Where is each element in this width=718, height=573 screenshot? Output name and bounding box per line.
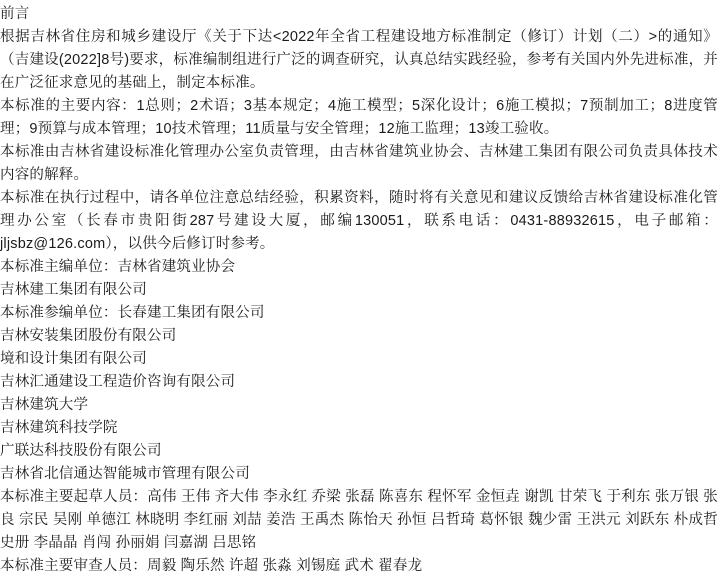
participating-unit-line: 吉林安装集团股份有限公司: [0, 325, 718, 348]
participating-unit-line: 吉林建筑大学: [0, 394, 718, 417]
reviewers-paragraph: 本标准主要审查人员：周毅 陶乐然 许超 张淼 刘锡庭 武术 翟春龙: [0, 555, 718, 573]
chief-editor-extra-units-list: 吉林建工集团有限公司: [0, 279, 718, 302]
participating-unit-line: 吉林汇通建设工程造价咨询有限公司: [0, 371, 718, 394]
chief-editor-line: 本标准主编单位：吉林省建筑业协会: [0, 256, 718, 279]
participating-unit-line: 境和设计集团有限公司: [0, 348, 718, 371]
participating-units-list: 吉林安装集团股份有限公司境和设计集团有限公司吉林汇通建设工程造价咨询有限公司吉林…: [0, 325, 718, 486]
preface-heading: 前言: [0, 3, 718, 26]
contents-paragraph: 本标准的主要内容：1总则；2术语；3基本规定；4施工模型；5深化设计；6施工模拟…: [0, 95, 718, 141]
preface-document: 前言 根据吉林省住房和城乡建设厅《关于下达<2022年全省工程建设地方标准制定（…: [0, 0, 718, 573]
participating-unit-line: 广联达科技股份有限公司: [0, 440, 718, 463]
chief-editor-unit-line: 吉林建工集团有限公司: [0, 279, 718, 302]
drafters-paragraph: 本标准主要起草人员：高伟 王伟 齐大伟 李永红 乔梁 张磊 陈喜东 程怀军 金恒…: [0, 486, 718, 555]
participating-unit-line: 吉林建筑科技学院: [0, 417, 718, 440]
intro-paragraph: 根据吉林省住房和城乡建设厅《关于下达<2022年全省工程建设地方标准制定（修订）…: [0, 26, 718, 95]
management-paragraph: 本标准由吉林省建设标准化管理办公室负责管理，由吉林省建筑业协会、吉林建工集团有限…: [0, 141, 718, 187]
participating-unit-line: 吉林省北信通达智能城市管理有限公司: [0, 463, 718, 486]
feedback-paragraph: 本标准在执行过程中，请各单位注意总结经验，积累资料，随时将有关意见和建议反馈给吉…: [0, 187, 718, 256]
participating-units-line: 本标准参编单位：长春建工集团有限公司: [0, 302, 718, 325]
